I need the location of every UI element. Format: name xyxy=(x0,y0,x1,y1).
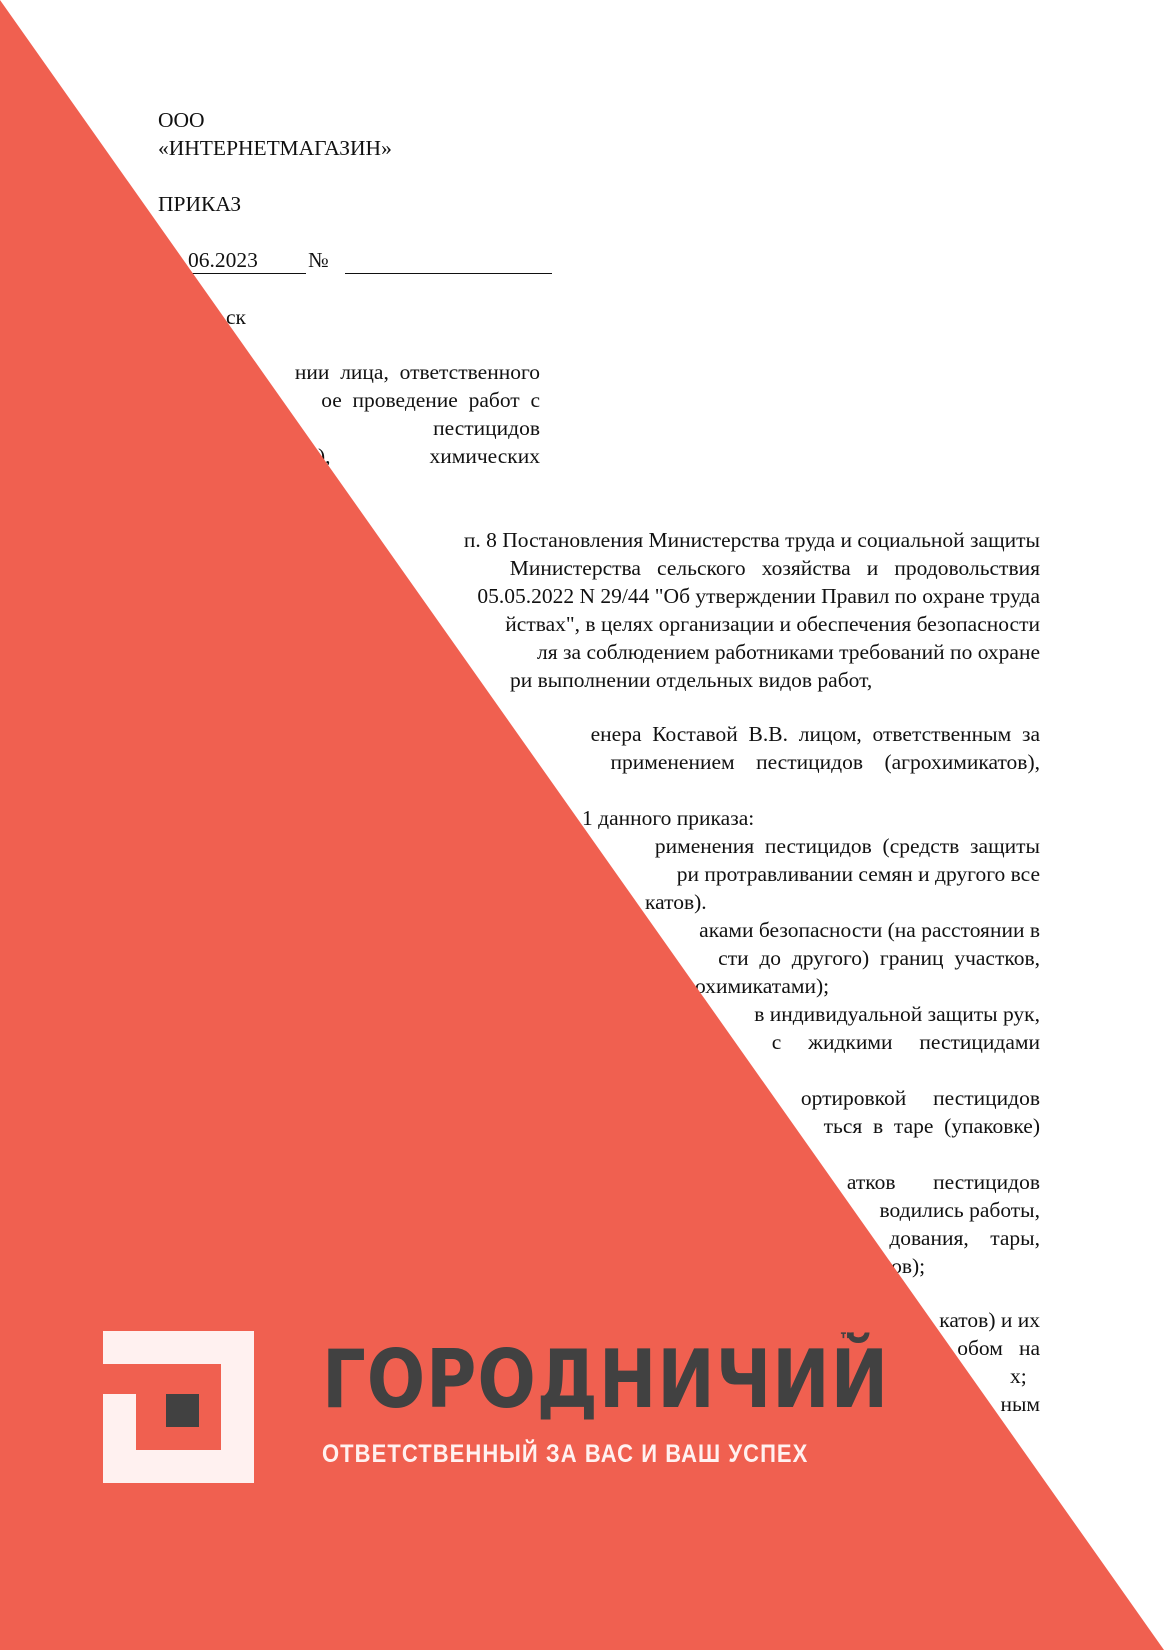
preamble-line: ля за соблюдением работниками требований… xyxy=(537,638,1040,666)
order-item-line: применением пестицидов (агрохимикатов), xyxy=(610,748,1040,776)
duties-intro: 1 данного приказа: xyxy=(582,804,754,832)
brand-tagline: ОТВЕТСТВЕННЫЙ ЗА ВАС И ВАШ УСПЕХ xyxy=(322,1440,808,1469)
duty-line: атков пестицидов xyxy=(847,1168,1040,1196)
duty-line: ным xyxy=(1000,1390,1040,1418)
org-name-line1: ООО xyxy=(158,106,205,134)
duty-line: рименения пестицидов (средств защиты xyxy=(655,832,1040,860)
preamble-line: п. 8 Постановления Министерства труда и … xyxy=(464,526,1040,554)
duty-line: обом на xyxy=(957,1334,1040,1362)
duty-line: сти до другого) границ участков, xyxy=(718,944,1040,972)
order-date: 06.2023 xyxy=(188,246,258,274)
duty-line: ри протравливании семян и другого все xyxy=(677,860,1040,888)
duty-line: охимикатами); xyxy=(695,972,829,1000)
brand-logo-icon xyxy=(103,1331,254,1483)
title-line: ое проведение работ с xyxy=(321,386,540,414)
duty-line: катов). xyxy=(645,888,707,916)
duty-line: катов) и их xyxy=(939,1306,1040,1334)
doc-type: ПРИКАЗ xyxy=(158,190,241,218)
duty-line: в индивидуальной защиты рук, xyxy=(754,1000,1040,1028)
number-sign: № xyxy=(308,246,329,274)
title-line: ), xyxy=(318,442,331,470)
number-underline xyxy=(345,273,552,274)
city: ск xyxy=(226,303,246,331)
duty-line: дования, тары, xyxy=(889,1224,1040,1252)
preamble-line: йствах", в целях организации и обеспечен… xyxy=(505,610,1040,638)
preamble-line: 05.05.2022 N 29/44 "Об утверждении Прави… xyxy=(477,582,1040,610)
duty-line: ться в таре (упаковке) xyxy=(824,1112,1040,1140)
duty-line: с жидкими пестицидами xyxy=(772,1028,1040,1056)
preamble-line: ри выполнении отдельных видов работ, xyxy=(510,666,872,694)
duty-line: х; xyxy=(1010,1362,1027,1390)
duty-line: водились работы, xyxy=(880,1196,1040,1224)
duty-line: ортировкой пестицидов xyxy=(801,1084,1040,1112)
title-line: химических xyxy=(429,442,540,470)
duty-line: тов); xyxy=(882,1252,925,1280)
title-line: нии лица, ответственного xyxy=(295,358,540,386)
duty-line: аками безопасности (на расстоянии в xyxy=(699,916,1040,944)
order-item-line: енера Коставой В.В. лицом, ответственным… xyxy=(591,720,1040,748)
preamble-line: Министерства сельского хозяйства и продо… xyxy=(510,554,1040,582)
brand-name: ГОРОДНИЧИЙ xyxy=(322,1340,889,1420)
org-name-line2: «ИНТЕРНЕТМАГАЗИН» xyxy=(158,134,392,162)
date-underline xyxy=(188,273,306,274)
trademark-sign: ™ xyxy=(838,1328,858,1352)
title-line: пестицидов xyxy=(433,414,540,442)
